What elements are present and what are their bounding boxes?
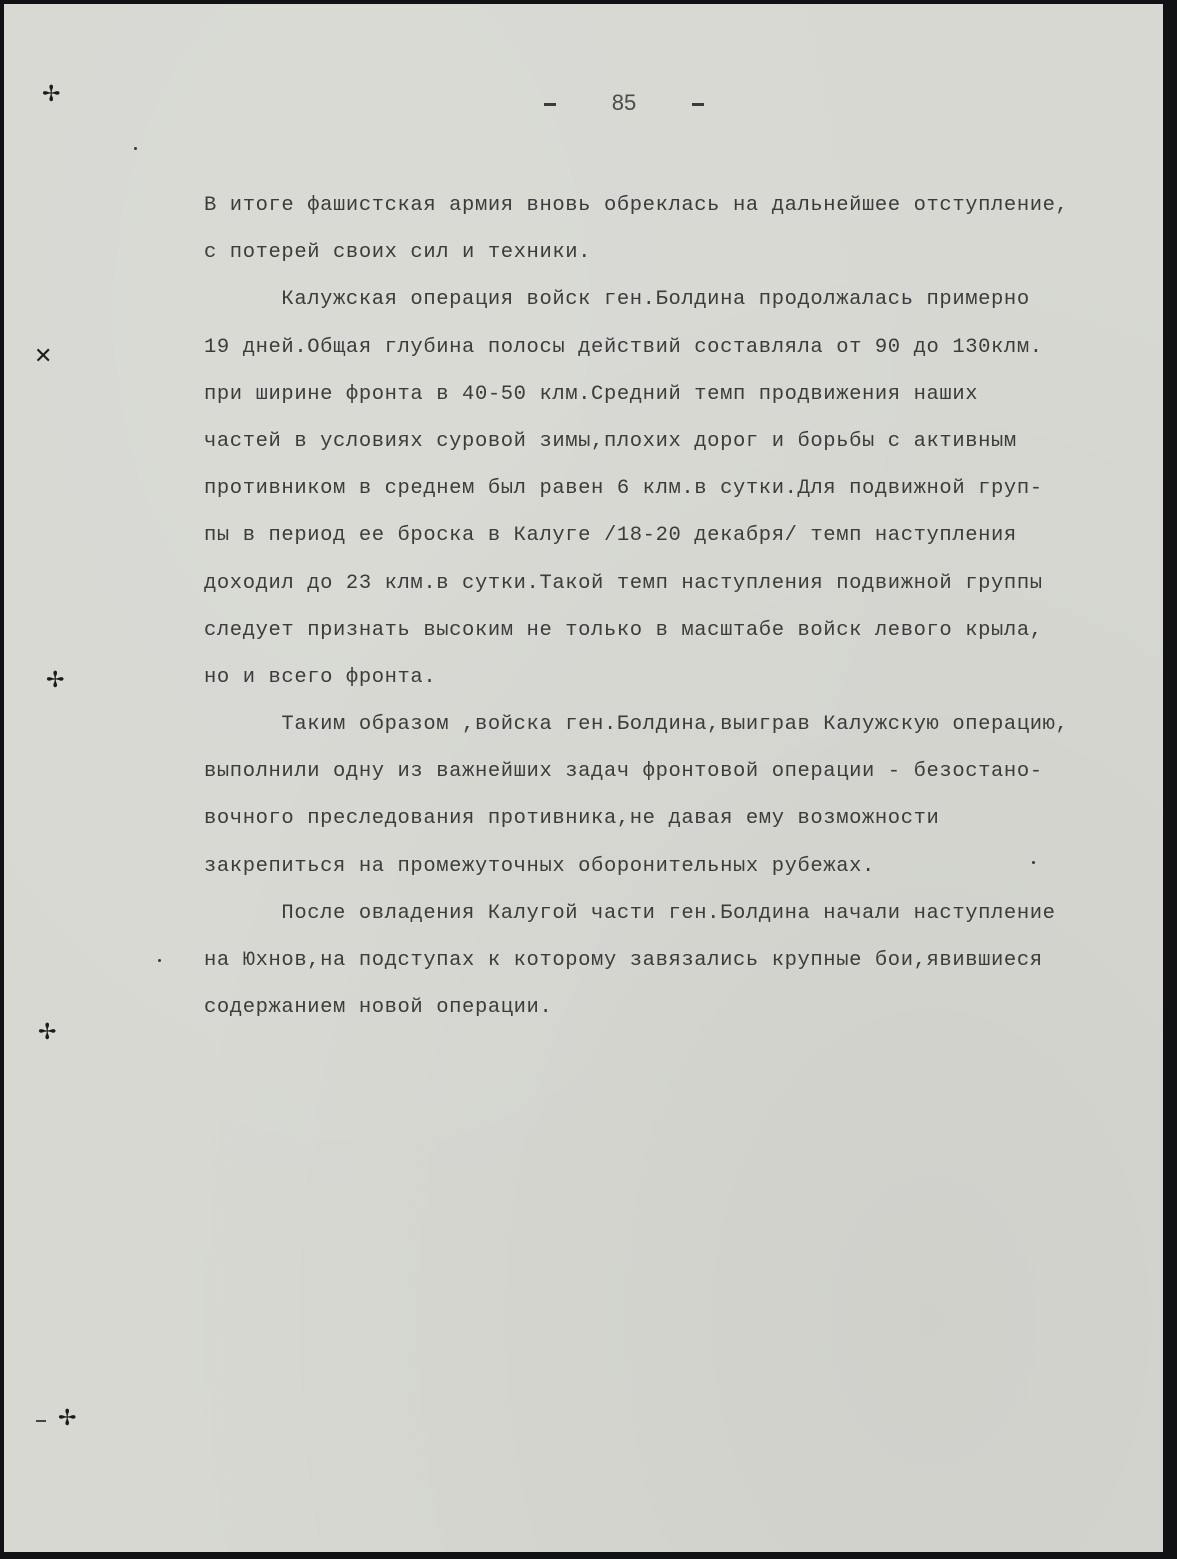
text-line: После овладения Калугой части ген.Болдин… bbox=[204, 890, 1164, 937]
binding-hole-mark-icon: ✢ bbox=[38, 1022, 56, 1044]
text-line: Таким образом ,войска ген.Болдина,выигра… bbox=[204, 701, 1164, 748]
binding-hole-mark-icon: ✕ bbox=[34, 346, 52, 368]
text-line: противником в среднем был равен 6 клм.в … bbox=[204, 465, 1164, 512]
text-line: пы в период ее броска в Калуге /18-20 де… bbox=[204, 512, 1164, 559]
binding-hole-mark-icon: ✢ bbox=[46, 670, 64, 692]
speck bbox=[1032, 861, 1035, 864]
dash-right bbox=[692, 103, 704, 106]
dash-left bbox=[544, 103, 556, 106]
text-line: с потерей своих сил и техники. bbox=[204, 229, 1164, 276]
paragraph: В итоге фашистская армия вновь обреклась… bbox=[204, 182, 1164, 276]
text-line: Калужская операция войск ген.Болдина про… bbox=[204, 276, 1164, 323]
text-line: выполнили одну из важнейших задач фронто… bbox=[204, 748, 1164, 795]
text-line: но и всего фронта. bbox=[204, 654, 1164, 701]
text-line: содержанием новой операции. bbox=[204, 984, 1164, 1031]
text-line: при ширине фронта в 40-50 клм.Средний те… bbox=[204, 371, 1164, 418]
text-line: доходил до 23 клм.в сутки.Такой темп нас… bbox=[204, 560, 1164, 607]
speck bbox=[134, 147, 137, 150]
paragraph: Калужская операция войск ген.Болдина про… bbox=[204, 276, 1164, 701]
paragraph: Таким образом ,войска ген.Болдина,выигра… bbox=[204, 701, 1164, 890]
speck bbox=[158, 959, 161, 962]
document-page: 85 В итоге фашистская армия вновь обрекл… bbox=[4, 4, 1163, 1552]
text-line: закрепиться на промежуточных оборонитель… bbox=[204, 843, 1164, 890]
page-number-header: 85 bbox=[4, 90, 1177, 116]
text-line: следует признать высоким не только в мас… bbox=[204, 607, 1164, 654]
text-line: В итоге фашистская армия вновь обреклась… bbox=[204, 182, 1164, 229]
text-line: на Юхнов,на подступах к которому завязал… bbox=[204, 937, 1164, 984]
binding-hole-mark-icon: ✢ bbox=[42, 84, 60, 106]
paragraph: После овладения Калугой части ген.Болдин… bbox=[204, 890, 1164, 1032]
page-number: 85 bbox=[612, 90, 636, 115]
text-line: вочного преследования противника,не дава… bbox=[204, 795, 1164, 842]
margin-tick bbox=[36, 1420, 46, 1422]
binding-hole-mark-icon: ✢ bbox=[58, 1408, 76, 1430]
text-line: 19 дней.Общая глубина полосы действий со… bbox=[204, 324, 1164, 371]
document-body: В итоге фашистская армия вновь обреклась… bbox=[204, 182, 1164, 1031]
text-line: частей в условиях суровой зимы,плохих до… bbox=[204, 418, 1164, 465]
